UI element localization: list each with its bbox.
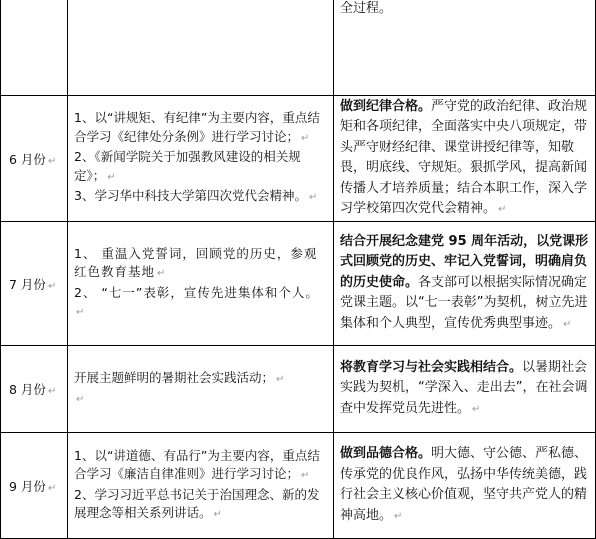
paragraph-mark-icon: ↵ xyxy=(309,192,317,203)
content-cell: 1、以“讲规矩、有纪律”为主要内容，重点结合学习《纪律处分条例》进行学习讨论；↵… xyxy=(68,96,334,222)
paragraph-mark-icon: ↵ xyxy=(472,404,480,415)
content-item: 2、学习习近平总书记关于治国理念、新的发展理念等相关系列讲话。↵ xyxy=(74,486,329,525)
month-cell: 9 月份↵ xyxy=(1,433,68,539)
goal-heading: 做到纪律合格。 xyxy=(340,99,431,114)
month-label: 9 月份 xyxy=(9,479,46,494)
table-row: 8 月份↵ 开展主题鲜明的暑期社会实践活动；↵ ↵ 将教育学习与社会实践相结合。… xyxy=(1,346,596,433)
goal-cell: 将教育学习与社会实践相结合。以暑期社会实践为契机，“学深入、走出去”，在社会调查… xyxy=(334,346,596,433)
paragraph-mark-icon: ↵ xyxy=(76,394,84,405)
schedule-table: 全过程。 6 月份↵ 1、以“讲规矩、有纪律”为主要内容，重点结合学习《纪律处分… xyxy=(0,0,596,539)
content-item: 开展主题鲜明的暑期社会实践活动；↵ xyxy=(74,369,329,390)
goal-cell: 做到品德合格。明大德、守公德、严私德、传承党的优良作风，弘扬中华传统美德，践行社… xyxy=(334,433,596,539)
month-label: 7 月份 xyxy=(9,277,46,292)
empty-paragraph: ↵ xyxy=(74,389,329,410)
month-label: 6 月份 xyxy=(9,152,46,167)
paragraph-mark-icon: ↵ xyxy=(394,511,402,522)
paragraph-mark-icon: ↵ xyxy=(48,483,56,494)
table-row: 7 月份↵ 1、 重温入党誓词，回顾党的历史，参观红色教育基地↵ 2、 “七一”… xyxy=(1,222,596,346)
month-label: 8 月份 xyxy=(9,382,46,397)
paragraph-mark-icon: ↵ xyxy=(48,156,56,167)
paragraph-mark-icon: ↵ xyxy=(301,133,309,144)
month-cell: 8 月份↵ xyxy=(1,346,68,433)
content-item: 2、《新闻学院关于加强教风建设的相关规定》；↵ xyxy=(74,148,329,187)
paragraph-mark-icon: ↵ xyxy=(157,268,166,279)
goal-cell: 结合开展纪念建党 95 周年活动，以党课形式回顾党的历史、牢记入党誓词，明确肩负… xyxy=(334,222,596,346)
paragraph-mark-icon: ↵ xyxy=(301,470,309,481)
content-item: 1、 重温入党誓词，回顾党的历史，参观红色教育基地↵ xyxy=(74,245,329,284)
goal-cell: 做到纪律合格。严守党的政治纪律、政治规矩和各项纪律，全面落实中央八项规定，带头严… xyxy=(334,96,596,222)
goal-heading: 将教育学习与社会实践相结合。 xyxy=(340,360,522,375)
content-cell: 1、以“讲道德、有品行”为主要内容，重点结合学习《廉洁自律准则》进行学习讨论；↵… xyxy=(68,433,334,539)
content-item: 1、以“讲规矩、有纪律”为主要内容，重点结合学习《纪律处分条例》进行学习讨论；↵ xyxy=(74,109,329,148)
table-row: 全过程。 xyxy=(1,0,596,96)
content-item: 3、学习华中科技大学第四次党代会精神。↵ xyxy=(74,187,329,208)
paragraph-mark-icon: ↵ xyxy=(214,509,222,520)
paragraph-mark-icon: ↵ xyxy=(48,386,56,397)
content-item: 2、 “七一”表彰，宣传先进集体和个人。↵ xyxy=(74,284,329,323)
paragraph-mark-icon: ↵ xyxy=(498,204,506,215)
goal-heading: 做到品德合格。 xyxy=(340,446,431,461)
goal-cell: 全过程。 xyxy=(334,0,596,96)
table-row: 6 月份↵ 1、以“讲规矩、有纪律”为主要内容，重点结合学习《纪律处分条例》进行… xyxy=(1,96,596,222)
content-cell: 1、 重温入党誓词，回顾党的历史，参观红色教育基地↵ 2、 “七一”表彰，宣传先… xyxy=(68,222,334,346)
paragraph-mark-icon: ↵ xyxy=(276,374,284,385)
month-cell: 7 月份↵ xyxy=(1,222,68,346)
content-cell xyxy=(68,0,334,96)
paragraph-mark-icon: ↵ xyxy=(563,319,571,330)
goal-text: 全过程。 xyxy=(340,1,392,16)
table-row: 9 月份↵ 1、以“讲道德、有品行”为主要内容，重点结合学习《廉洁自律准则》进行… xyxy=(1,433,596,539)
content-cell: 开展主题鲜明的暑期社会实践活动；↵ ↵ xyxy=(68,346,334,433)
month-cell xyxy=(1,0,68,96)
paragraph-mark-icon: ↵ xyxy=(107,172,115,183)
paragraph-mark-icon: ↵ xyxy=(76,307,85,318)
month-cell: 6 月份↵ xyxy=(1,96,68,222)
paragraph-mark-icon: ↵ xyxy=(48,281,56,292)
goal-text: 严守党的政治纪律、政治规矩和各项纪律，全面落实中央八项规定，带头严守财经纪律、课… xyxy=(340,99,587,217)
content-item: 1、以“讲道德、有品行”为主要内容，重点结合学习《廉洁自律准则》进行学习讨论；↵ xyxy=(74,447,329,486)
